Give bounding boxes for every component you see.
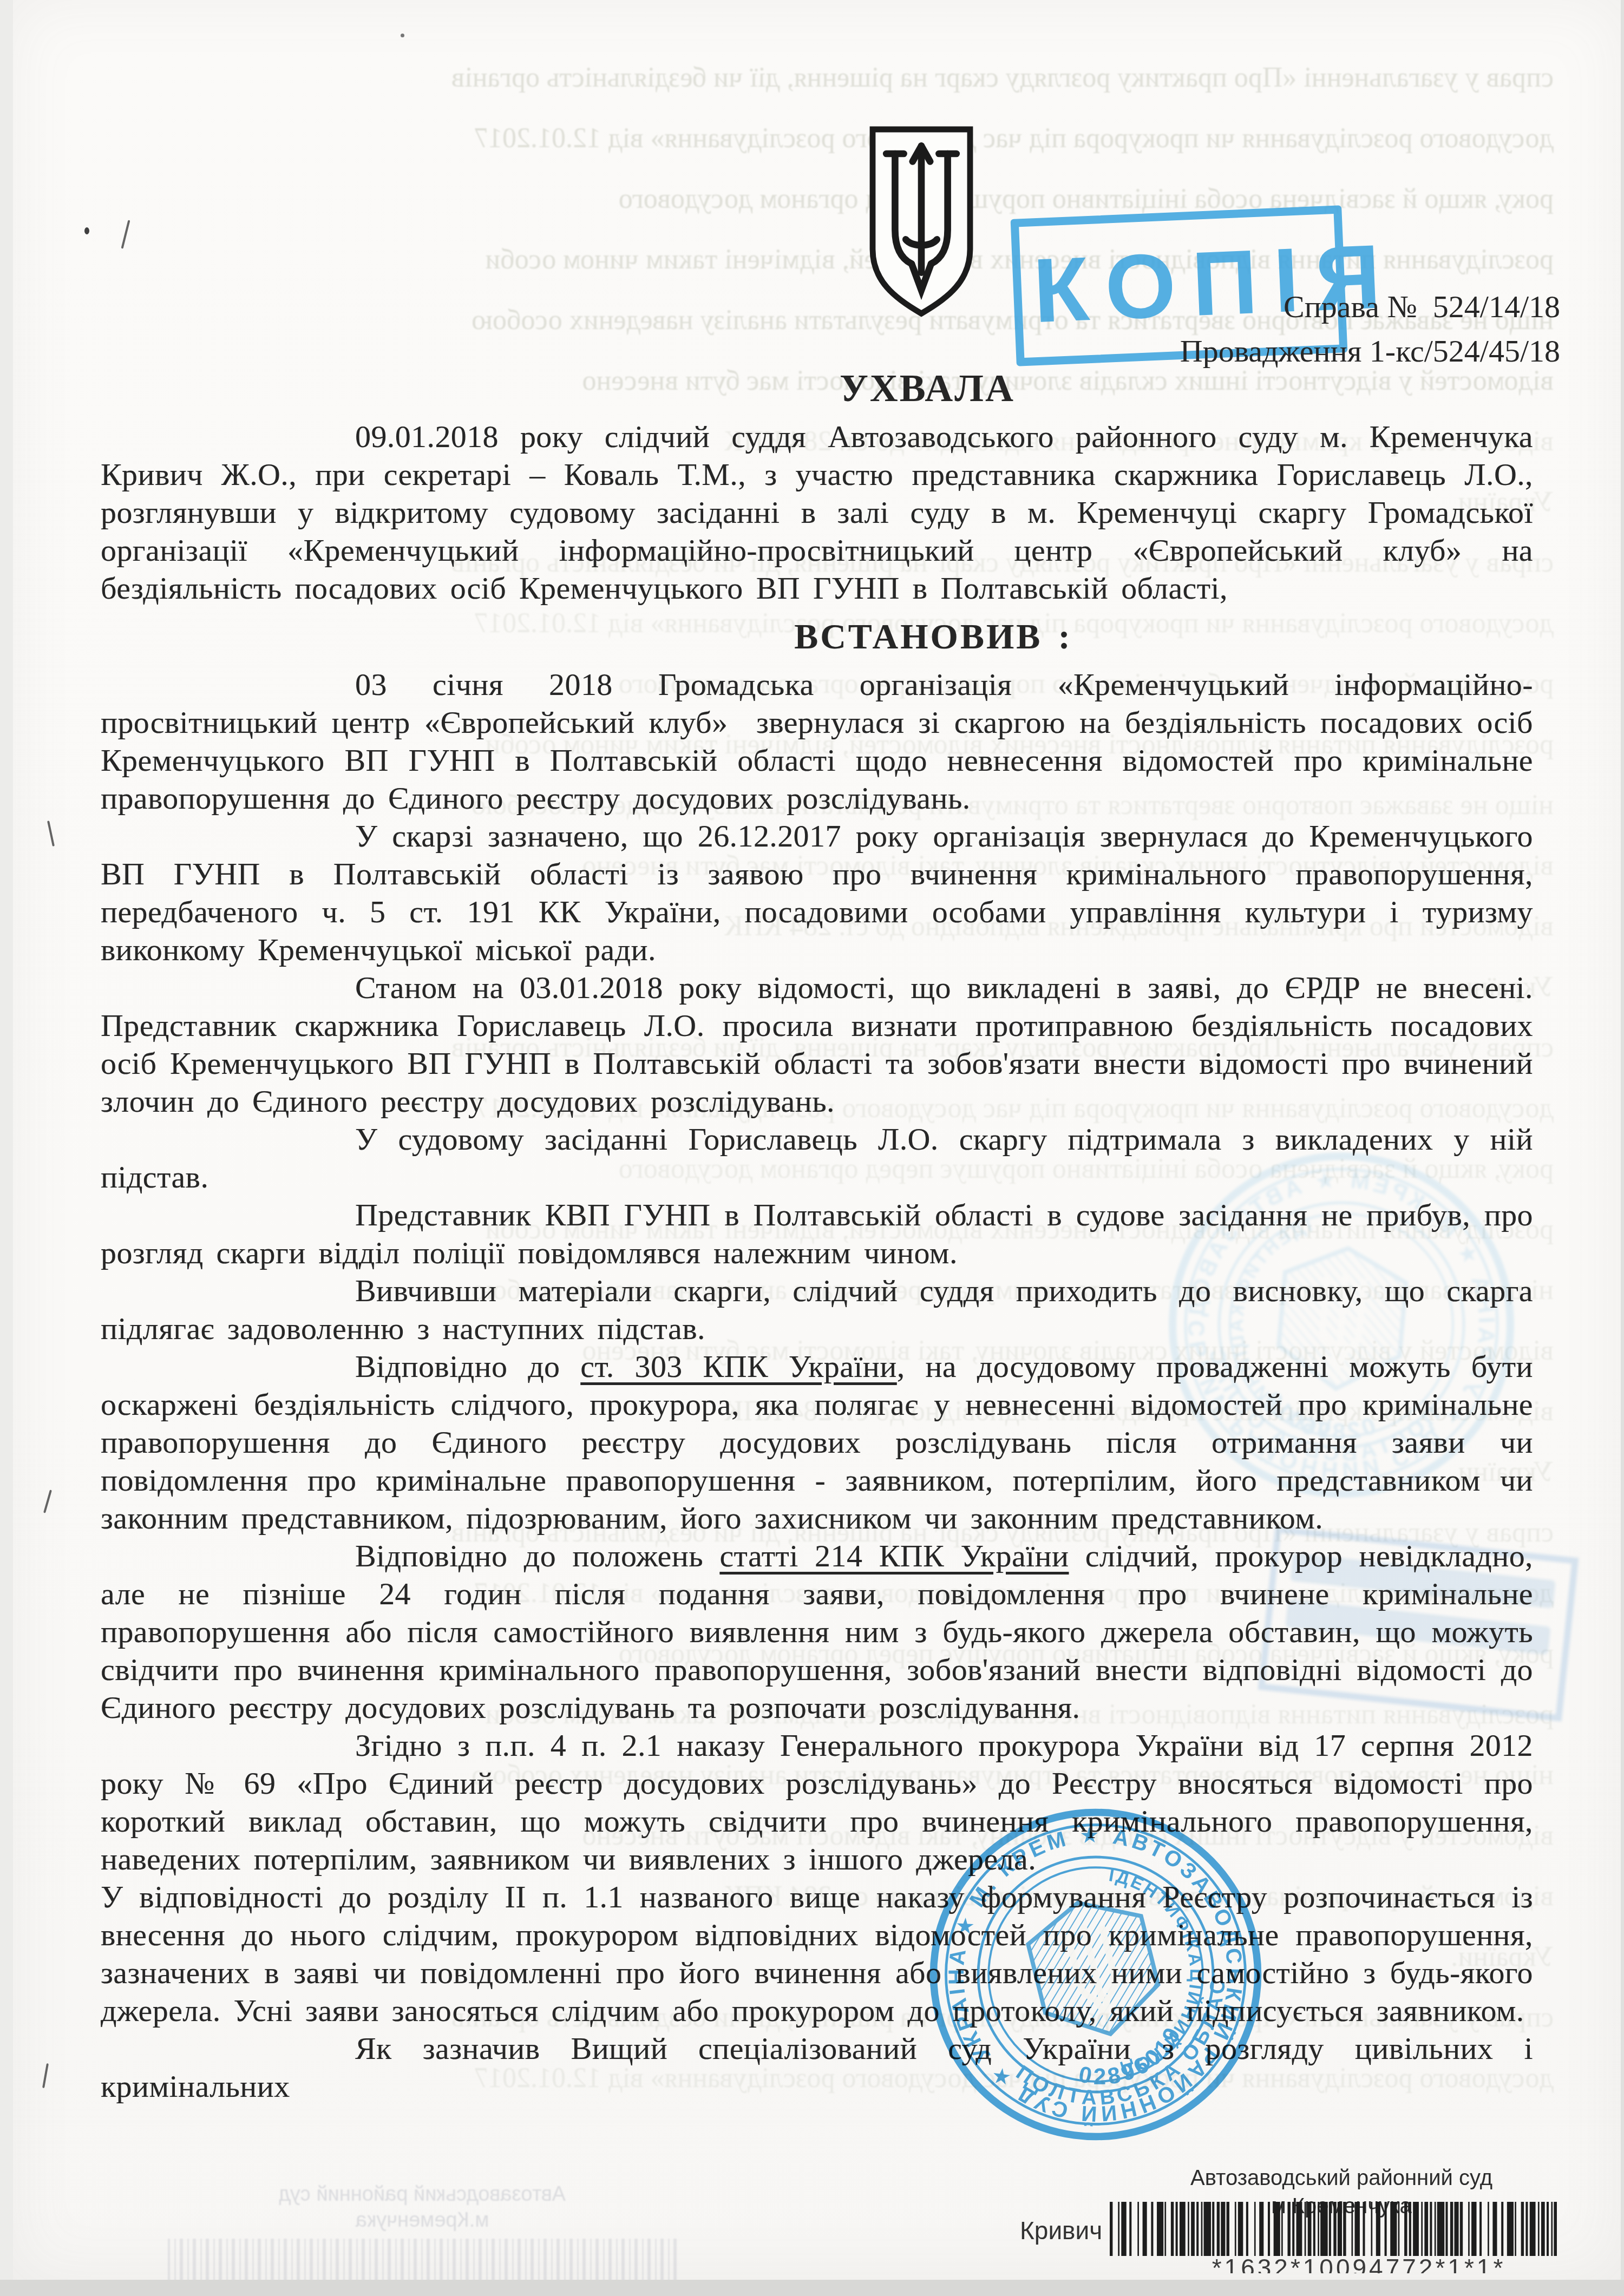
- proceeding-number: Провадження 1-кс/524/45/18: [1019, 329, 1560, 373]
- text-run: У скарзі зазначено, що 26.12.2017 року о…: [101, 818, 1533, 967]
- paragraph: Відповідно до ст. 303 КПК України, на до…: [101, 1348, 1533, 1537]
- text-run: Представник КВП ГУНП в Полтавській облас…: [101, 1197, 1533, 1270]
- scan-edge-right: [1621, 0, 1624, 2296]
- underlined-citation: статті 214 КПК України: [719, 1538, 1069, 1573]
- text-run: У судовому засіданні Гориславець Л.О. ск…: [101, 1121, 1533, 1195]
- paragraph: Вивчивши матеріали скарги, слідчий суддя…: [101, 1272, 1533, 1348]
- text-run: Як зазначив Вищий спеціалізований суд Ук…: [101, 2031, 1533, 2104]
- coat-of-arms-icon: [863, 123, 980, 320]
- text-run: Відповідно до положень: [355, 1538, 719, 1573]
- paragraph: Згідно з п.п. 4 п. 2.1 наказу Генерально…: [101, 1727, 1533, 1878]
- text-run: У відповідності до розділу ІІ п. 1.1 наз…: [101, 1879, 1533, 2028]
- scan-edge-left: [0, 0, 13, 2296]
- text-run: 03 січня 2018 Громадська організація «Кр…: [101, 667, 1533, 816]
- court-seal-stamp: ★ АВТОЗАВОДСЬКИЙ РАЙОННИЙ СУД ★ УКРАЇНА …: [914, 1793, 1278, 2156]
- case-number: Справа № 524/14/18: [1019, 285, 1560, 329]
- paragraph: У скарзі зазначено, що 26.12.2017 року о…: [101, 817, 1533, 969]
- text-run: Згідно з п.п. 4 п. 2.1 наказу Генерально…: [101, 1728, 1533, 1877]
- text-run: 09.01.2018 року слідчий суддя Автозаводс…: [101, 419, 1533, 606]
- paragraph: 09.01.2018 року слідчий суддя Автозаводс…: [101, 418, 1533, 607]
- paragraph: Відповідно до положень статті 214 КПК Ук…: [101, 1537, 1533, 1727]
- paragraph: Представник КВП ГУНП в Полтавській облас…: [101, 1196, 1533, 1272]
- decision-body-text: 09.01.2018 року слідчий суддя Автозаводс…: [101, 418, 1533, 2105]
- established-heading: ВСТАНОВИВ :: [101, 614, 1533, 660]
- paragraph: У відповідності до розділу ІІ п. 1.1 наз…: [101, 1878, 1533, 2030]
- pen-dot: [84, 227, 89, 234]
- text-run: Станом на 03.01.2018 року відомості, що …: [101, 970, 1533, 1119]
- scanned-court-decision-page: справ у узагальненні «Про практику розгл…: [0, 0, 1624, 2296]
- paragraph: Станом на 03.01.2018 року відомості, що …: [101, 969, 1533, 1120]
- case-number-block: Справа № 524/14/18 Провадження 1-кс/524/…: [1019, 285, 1560, 373]
- underlined-citation: ст. 303 КПК України: [580, 1349, 896, 1384]
- paragraph: Як зазначив Вищий спеціалізований суд Ук…: [101, 2030, 1533, 2105]
- paragraph: 03 січня 2018 Громадська організація «Кр…: [101, 666, 1533, 817]
- document-title: УХВАЛА: [840, 366, 1015, 411]
- scan-edge-bottom: [0, 2280, 1624, 2296]
- paragraph: У судовому засіданні Гориславець Л.О. ск…: [101, 1120, 1533, 1196]
- scan-speck: [401, 34, 404, 37]
- text-run: Вивчивши матеріали скарги, слідчий суддя…: [101, 1273, 1533, 1346]
- text-run: Відповідно до: [355, 1349, 580, 1384]
- text-run: ВСТАНОВИВ :: [794, 617, 1072, 657]
